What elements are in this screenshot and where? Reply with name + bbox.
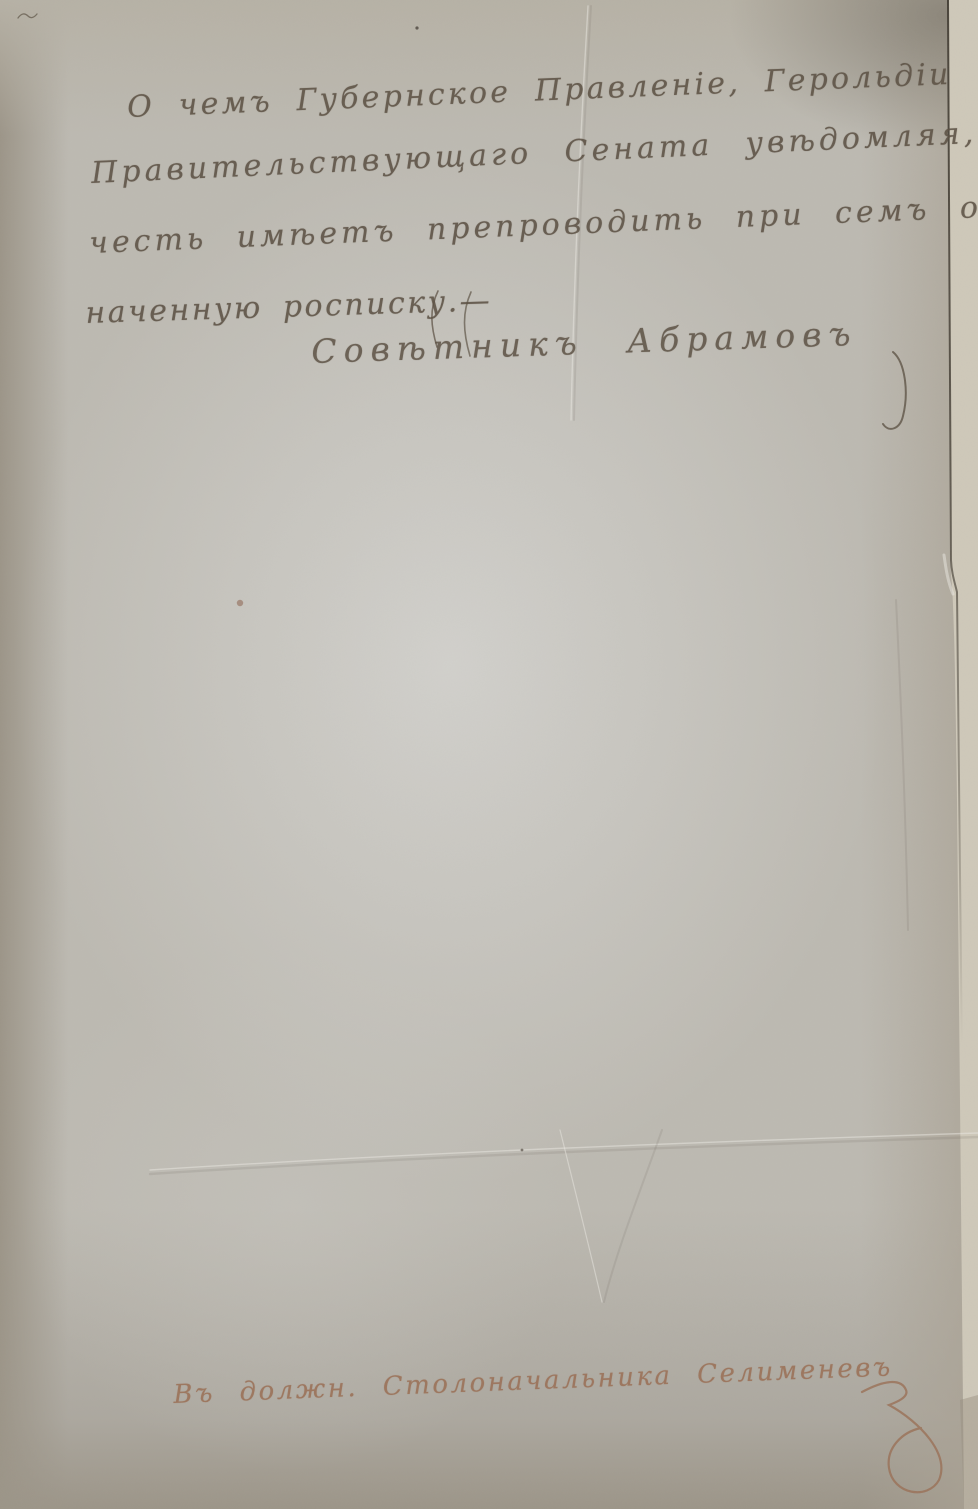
manuscript-photo: О чемъ Губернское Правленіе, Герольдіи П… [0, 0, 978, 1509]
